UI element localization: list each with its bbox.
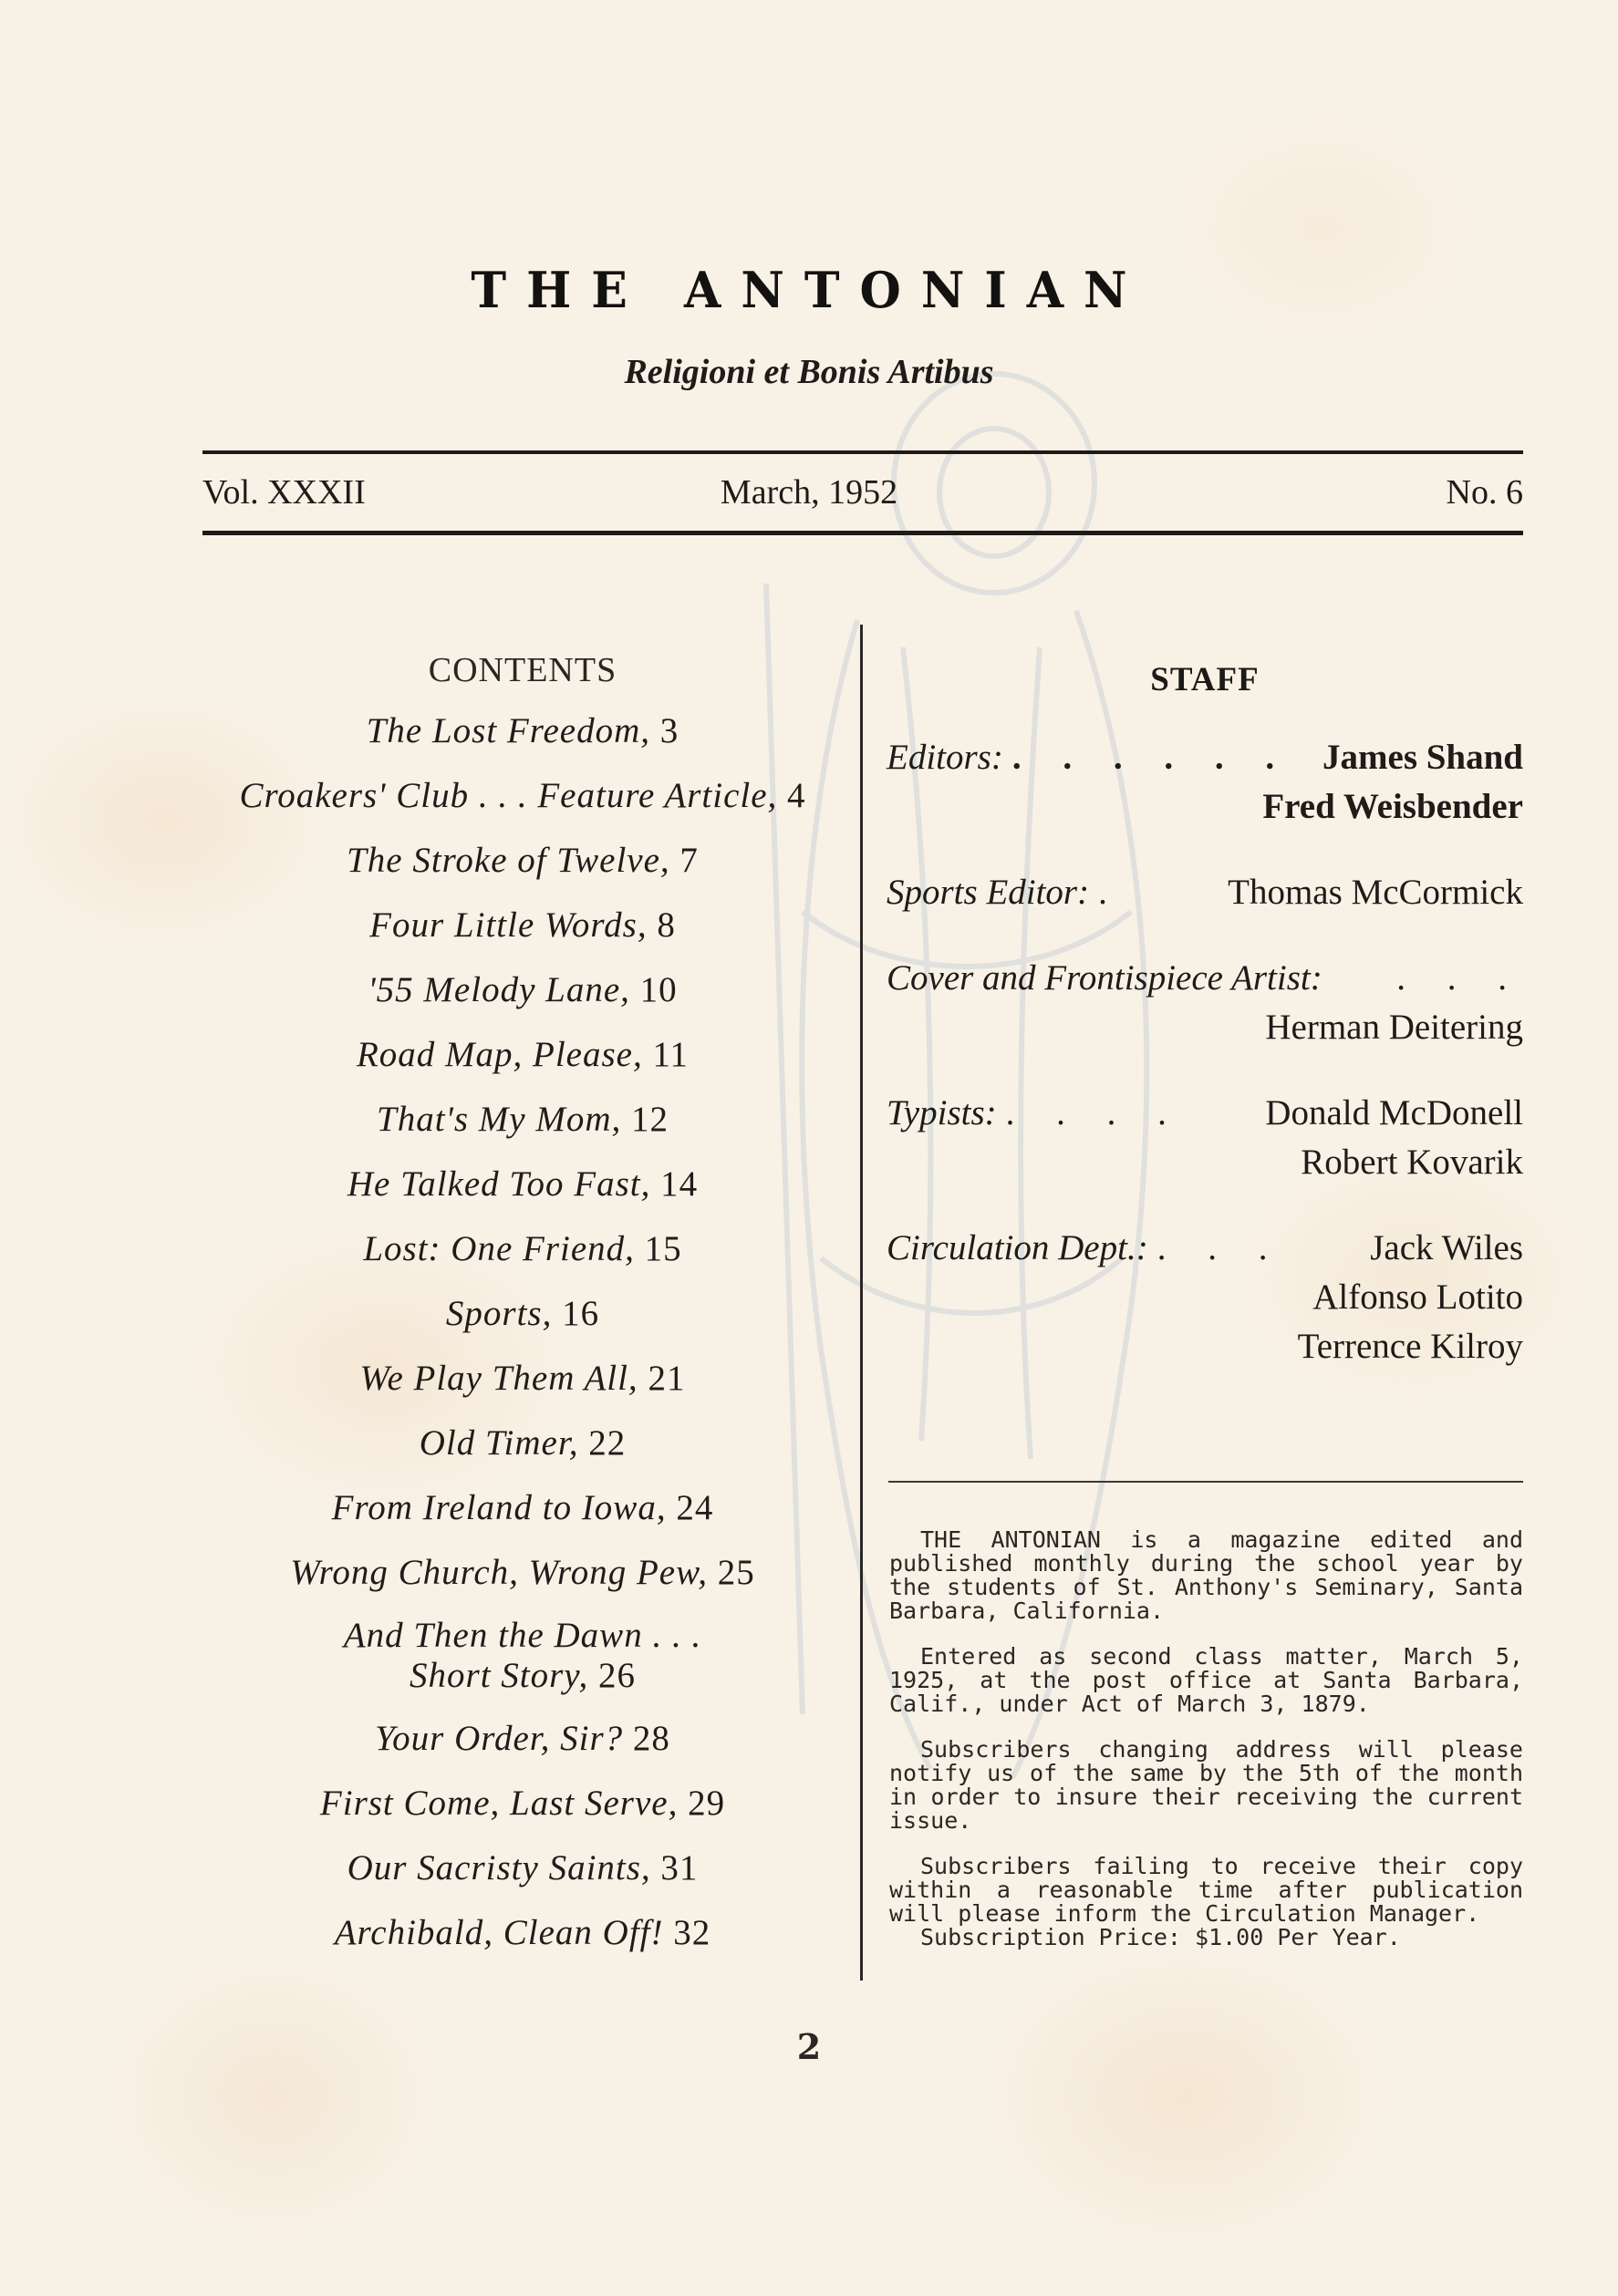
- staff-role: Editors:: [887, 733, 1003, 782]
- contents-item-page: 16: [562, 1294, 599, 1333]
- issue-date: March, 1952: [0, 472, 1618, 512]
- contents-item-page: 11: [652, 1035, 689, 1074]
- contents-item-page: 24: [676, 1488, 713, 1527]
- contents-item-title: Sports,: [446, 1294, 552, 1333]
- staff-name: Herman Deitering: [887, 1003, 1523, 1052]
- contents-item-page: 4: [787, 776, 806, 815]
- staff-name: James Shand: [1322, 733, 1523, 782]
- contents-item-title: '55 Melody Lane,: [368, 970, 630, 1009]
- contents-item: '55 Melody Lane, 10: [192, 968, 854, 1012]
- header-rule-top: [202, 450, 1523, 454]
- contents-item-page: 26: [598, 1656, 636, 1695]
- column-divider: [860, 625, 863, 1981]
- contents-item-page: 14: [660, 1164, 698, 1204]
- staff-name: Thomas McCormick: [1228, 868, 1523, 917]
- contents-item-page: 8: [657, 905, 676, 945]
- contents-item-title: The Lost Freedom,: [367, 711, 650, 750]
- notice-paragraph: THE ANTONIAN is a magazine edited and pu…: [889, 1528, 1523, 1623]
- staff-sports-editor: Sports Editor: . Thomas McCormick: [887, 868, 1523, 917]
- contents-item-page: 3: [660, 711, 679, 750]
- contents-item: The Stroke of Twelve, 7: [192, 839, 854, 883]
- staff-name: Terrence Kilroy: [887, 1322, 1523, 1371]
- masthead-motto: Religioni et Bonis Artibus: [0, 352, 1618, 392]
- contents-item-subtitle: Short Story, 26: [192, 1656, 854, 1696]
- notice-paragraph: Subscribers changing address will please…: [889, 1738, 1523, 1833]
- contents-item: Four Little Words, 8: [192, 904, 854, 947]
- contents-item-title: The Stroke of Twelve,: [347, 841, 670, 880]
- staff-role: Sports Editor:: [887, 868, 1089, 917]
- staff-divider-rule: [888, 1481, 1523, 1483]
- leader-dots: . . . .: [997, 1089, 1266, 1138]
- contents-item: And Then the Dawn . . .Short Story, 26: [192, 1616, 854, 1696]
- contents-item-title: First Come, Last Serve,: [320, 1784, 678, 1823]
- contents-item-page: 31: [660, 1848, 698, 1887]
- issue-number: No. 6: [1447, 472, 1523, 512]
- contents-item-title: Archibald, Clean Off!: [335, 1913, 664, 1952]
- staff-role: Cover and Frontispiece Artist:: [887, 954, 1322, 1003]
- contents-item-title: From Ireland to Iowa,: [332, 1488, 667, 1527]
- contents-item-page: 12: [631, 1100, 669, 1139]
- staff-role: Circulation Dept.:: [887, 1224, 1148, 1273]
- staff-artist: Cover and Frontispiece Artist: . . . Her…: [887, 954, 1523, 1052]
- contents-item: Wrong Church, Wrong Pew, 25: [192, 1551, 854, 1595]
- contents-list: The Lost Freedom, 3Croakers' Club . . . …: [192, 709, 854, 1955]
- contents-item: Old Timer, 22: [192, 1422, 854, 1465]
- contents-item-title: Road Map, Please,: [357, 1035, 643, 1074]
- contents-item-title: We Play Them All,: [360, 1359, 638, 1398]
- contents-item: Sports, 16: [192, 1292, 854, 1336]
- contents-item: Our Sacristy Saints, 31: [192, 1846, 854, 1890]
- staff-circulation: Circulation Dept.: . . . Jack Wiles Alfo…: [887, 1224, 1523, 1371]
- contents-item-page: 25: [718, 1553, 755, 1592]
- staff-name: Donald McDonell: [1265, 1089, 1523, 1138]
- contents-item-page: 22: [588, 1423, 626, 1463]
- notice-paragraph: Entered as second class matter, March 5,…: [889, 1645, 1523, 1716]
- staff-name: Jack Wiles: [1370, 1224, 1523, 1273]
- masthead-title: THE ANTONIAN: [0, 261, 1618, 319]
- contents-item-title: He Talked Too Fast,: [347, 1164, 651, 1204]
- staff-section: STAFF Editors: . . . . . . James Shand F…: [887, 655, 1523, 1408]
- contents-item-title: Wrong Church, Wrong Pew,: [290, 1553, 708, 1592]
- contents-item-page: 10: [640, 970, 678, 1009]
- staff-typists: Typists: . . . . Donald McDonell Robert …: [887, 1089, 1523, 1187]
- contents-item-page: 32: [673, 1913, 710, 1952]
- contents-item: Your Order, Sir? 28: [192, 1717, 854, 1761]
- contents-item-title: Our Sacristy Saints,: [347, 1848, 651, 1887]
- leader-dots: . . .: [1322, 954, 1523, 1003]
- contents-item: The Lost Freedom, 3: [192, 709, 854, 753]
- leader-dots: . . . . . .: [1003, 733, 1322, 782]
- contents-item-title: Old Timer,: [420, 1423, 579, 1463]
- staff-heading: STAFF: [887, 655, 1523, 706]
- leader-dots: . . .: [1148, 1224, 1371, 1273]
- staff-editors: Editors: . . . . . . James Shand Fred We…: [887, 733, 1523, 832]
- contents-item: Road Map, Please, 11: [192, 1033, 854, 1077]
- contents-item-title: Lost: One Friend,: [363, 1229, 635, 1268]
- subscription-price: Subscription Price: $1.00 Per Year.: [889, 1926, 1523, 1950]
- contents-heading: CONTENTS: [192, 647, 854, 693]
- contents-item-title: Croakers' Club . . . Feature Article,: [239, 776, 777, 815]
- contents-item-page: 15: [645, 1229, 682, 1268]
- contents-item: Lost: One Friend, 15: [192, 1227, 854, 1271]
- contents-item: First Come, Last Serve, 29: [192, 1782, 854, 1825]
- contents-item-page: 7: [679, 841, 699, 880]
- staff-name: Robert Kovarik: [887, 1138, 1523, 1187]
- contents-item: From Ireland to Iowa, 24: [192, 1486, 854, 1530]
- staff-name: Alfonso Lotito: [887, 1273, 1523, 1322]
- contents-item: He Talked Too Fast, 14: [192, 1163, 854, 1206]
- publication-notice: THE ANTONIAN is a magazine edited and pu…: [889, 1528, 1523, 1971]
- notice-paragraph: Subscribers failing to receive their cop…: [889, 1855, 1523, 1926]
- contents-item-page: 21: [648, 1359, 685, 1398]
- contents-item-page: 29: [688, 1784, 725, 1823]
- contents-item-title: Your Order, Sir?: [375, 1719, 623, 1758]
- staff-role: Typists:: [887, 1089, 997, 1138]
- contents-item-subtitle-text: Short Story,: [410, 1656, 588, 1695]
- contents-item-title: That's My Mom,: [377, 1100, 621, 1139]
- contents-item-page: 28: [633, 1719, 670, 1758]
- contents-section: CONTENTS The Lost Freedom, 3Croakers' Cl…: [192, 647, 854, 1976]
- contents-item: Archibald, Clean Off! 32: [192, 1911, 854, 1955]
- contents-item-title: And Then the Dawn . . .: [344, 1616, 701, 1655]
- contents-item: That's My Mom, 12: [192, 1098, 854, 1142]
- header-rule-bottom: [202, 531, 1523, 535]
- contents-item: Croakers' Club . . . Feature Article, 4: [192, 774, 854, 818]
- leader-dots: .: [1089, 868, 1228, 917]
- contents-item-title: Four Little Words,: [369, 905, 647, 945]
- staff-name: Fred Weisbender: [887, 782, 1523, 832]
- contents-item: We Play Them All, 21: [192, 1357, 854, 1401]
- page-number: 2: [0, 2026, 1618, 2067]
